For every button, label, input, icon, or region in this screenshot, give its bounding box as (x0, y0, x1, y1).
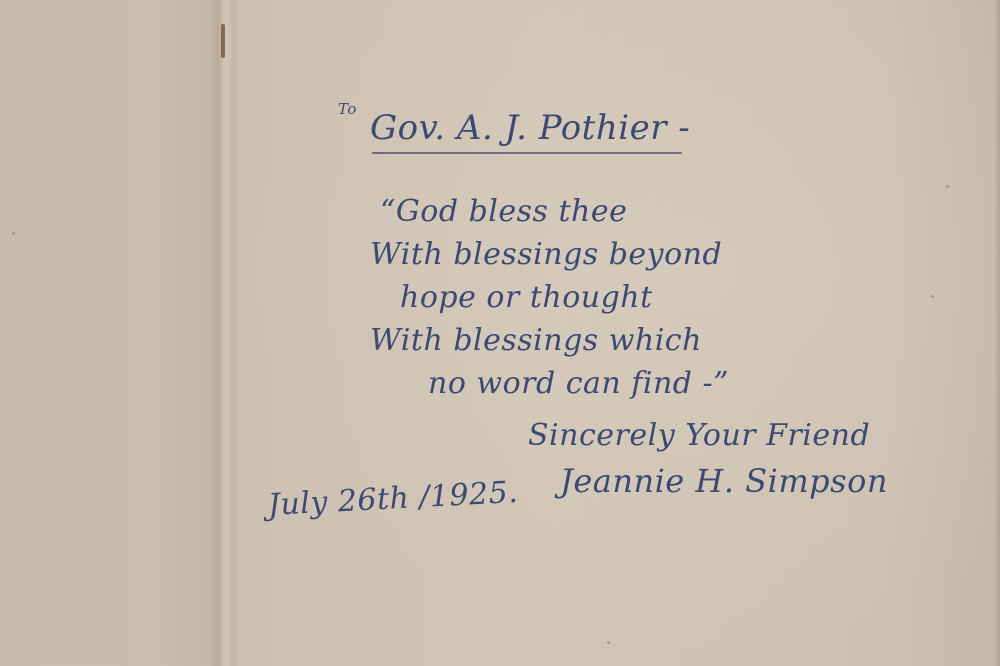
left-endpaper (0, 0, 218, 666)
paper-speck (946, 185, 949, 188)
paper-speck (607, 641, 610, 644)
dedication-to: To (338, 100, 357, 118)
book-gutter (212, 0, 240, 666)
gutter-tear-mark (221, 24, 225, 58)
paper-speck (12, 232, 15, 235)
page-edge-shadow (994, 0, 1000, 666)
poem-verse: “God bless thee With blessings beyond ho… (360, 190, 729, 405)
closing-line: Sincerely Your Friend (528, 418, 870, 453)
dedication-recipient: Gov. A. J. Pothier - (370, 108, 690, 148)
poem-line: hope or thought (360, 276, 729, 319)
signature: Jeannie H. Simpson (560, 462, 888, 500)
poem-line: no word can find -” (360, 362, 729, 405)
poem-line: With blessings beyond (360, 233, 729, 276)
paper-speck (931, 295, 934, 298)
recipient-name: Gov. A. J. Pothier - (370, 108, 690, 148)
poem-line: “God bless thee (360, 190, 729, 233)
recipient-underline (372, 152, 682, 154)
poem-line: With blessings which (360, 319, 729, 362)
